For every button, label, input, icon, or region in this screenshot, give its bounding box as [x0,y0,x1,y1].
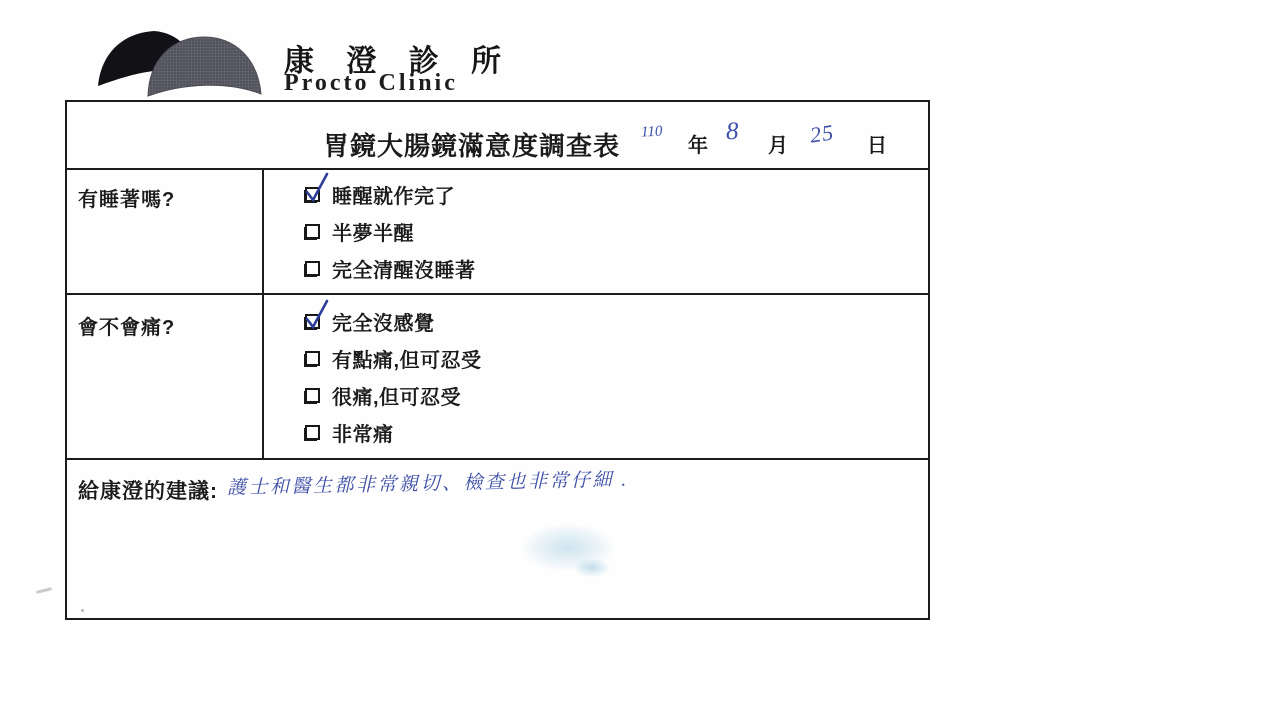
suggestion-row: 給康澄的建議: 護士和醫生都非常親切、檢查也非常仔細 . [67,460,928,614]
checkbox [305,187,320,202]
option-row: 完全沒感覺 [305,303,928,340]
survey-table: 胃鏡大腸鏡滿意度調查表 110 年 8 月 25 日 有睡著嗎? 睡醒就作完了 [65,100,930,620]
checkbox [305,261,320,276]
title-row: 胃鏡大腸鏡滿意度調查表 110 年 8 月 25 日 [67,102,928,170]
checkmark-icon [303,171,330,204]
checkmark-icon [303,298,330,331]
option-label: 完全沒感覺 [332,307,435,336]
question-options: 睡醒就作完了 半夢半醒 完全清醒沒睡 [264,170,928,293]
option-row: 非常痛 [305,414,928,451]
handwritten-year: 110 [641,123,663,141]
ink-smudge [505,515,655,600]
handwritten-day: 25 [808,119,835,148]
option-label: 非常痛 [332,418,394,447]
option-label: 完全清醒沒睡著 [332,254,476,283]
day-label: 日 [867,129,887,158]
checkbox [305,224,320,239]
year-label: 年 [688,129,708,158]
month-label: 月 [768,129,788,158]
question-row-pain: 會不會痛? 完全沒感覺 有點痛,但可忍受 [67,295,928,460]
scan-scratch-mark [36,587,52,594]
option-label: 有點痛,但可忍受 [332,344,482,373]
handwritten-suggestion: 護士和醫生都非常親切、檢查也非常仔細 . [227,464,787,502]
checkbox [305,425,320,440]
clinic-logo [96,24,272,104]
question-label: 會不會痛? [67,295,264,458]
checkbox [305,388,320,403]
option-row: 很痛,但可忍受 [305,377,928,414]
option-row: 有點痛,但可忍受 [305,340,928,377]
option-row: 半夢半醒 [305,213,928,250]
suggestion-label: 給康澄的建議: [78,475,218,505]
question-row-sleep: 有睡著嗎? 睡醒就作完了 半夢半醒 [67,170,928,295]
option-label: 很痛,但可忍受 [332,381,461,410]
scanned-survey-page: 康 澄 診 所 Procto Clinic 胃鏡大腸鏡滿意度調查表 110 年 … [0,0,1280,720]
clinic-name-en: Procto Clinic [284,70,458,97]
handwritten-month: 8 [726,118,739,146]
form-title: 胃鏡大腸鏡滿意度調查表 [323,126,620,163]
option-label: 半夢半醒 [332,217,414,246]
checkbox [305,314,320,329]
option-row: 完全清醒沒睡著 [305,250,928,287]
option-label: 睡醒就作完了 [332,180,455,209]
option-row: 睡醒就作完了 [305,176,928,213]
checkbox [305,351,320,366]
question-options: 完全沒感覺 有點痛,但可忍受 很痛, [264,295,928,458]
question-label: 有睡著嗎? [67,170,264,293]
scan-speck [81,609,84,612]
